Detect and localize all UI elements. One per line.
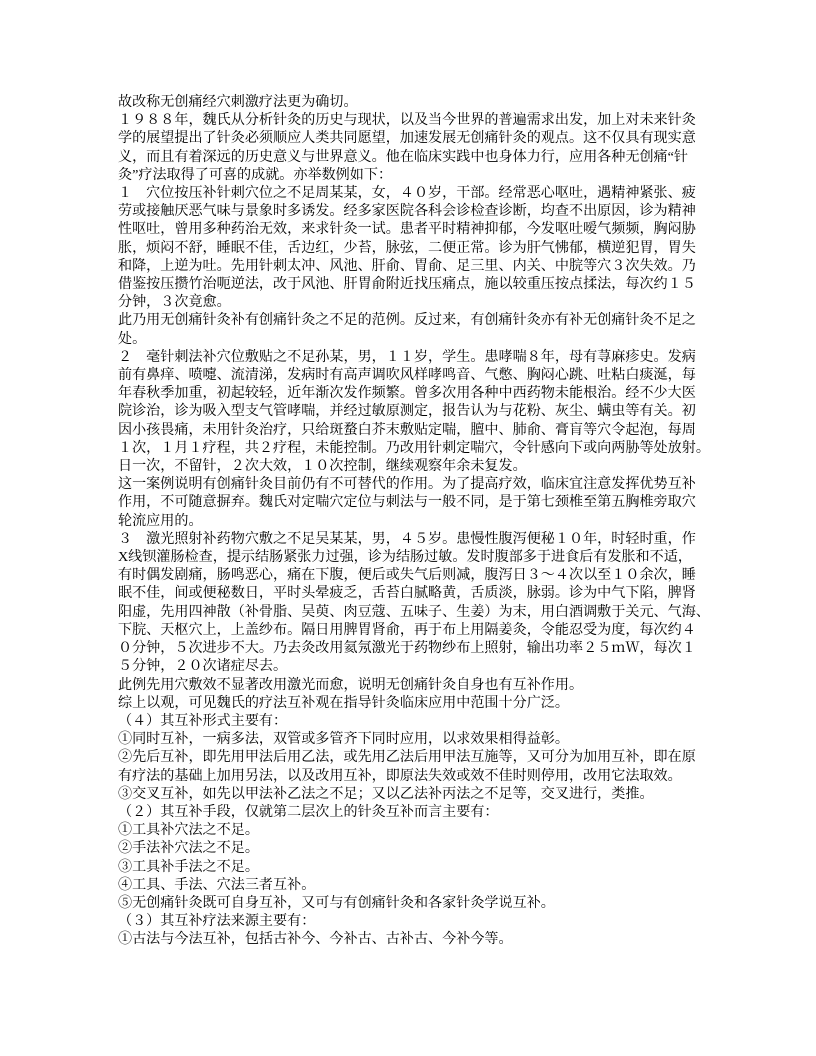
text-line: ②先后互补，即先用甲法后用乙法，或先用乙法后用甲法互施等，又可分为加用互补，即在… xyxy=(118,748,718,766)
text-line: 义，而且有着深远的历史意义与世界意义。他在临床实践中也身体力行，应用各种无创痛“… xyxy=(118,148,718,166)
text-line: 前有鼻痒、喷嚏、流清涕，发病时有高声调吹风样哮鸣音、气憋、胸闷心跳、吐粘白痰涎，… xyxy=(118,366,718,384)
text-line: ④工具、手法、穴法三者互补。 xyxy=(118,876,718,894)
document-text-block: 故改称无创痛经穴刺激疗法更为确切。 １９８８年，魏氏从分析针灸的历史与现状，以及… xyxy=(118,93,718,949)
text-line: ①工具补穴法之不足。 xyxy=(118,821,718,839)
text-line: 此乃用无创痛针灸补有创痛针灸之不足的范例。反过来，有创痛针灸亦有补无创痛针灸不足… xyxy=(118,311,718,329)
text-line: 学的展望提出了针灸必须顺应人类共同愿望，加速发展无创痛针灸的观点。这不仅具有现实… xyxy=(118,129,718,147)
text-line: 借鉴按压攒竹治呃逆法，改于风池、肝胃俞附近找压痛点，施以较重压按点揉法，每次约１… xyxy=(118,275,718,293)
text-line: 因小孩畏痛，未用针灸治疗，只给斑蝥白芥末敷贴定喘，膻中、肺俞、膏肓等穴令起泡，每… xyxy=(118,421,718,439)
text-line: 劳或接触厌恶气味与景象时多诱发。经多家医院各科会诊检查诊断，均查不出原因，诊为精… xyxy=(118,202,718,220)
text-line: １９８８年，魏氏从分析针灸的历史与现状，以及当今世界的普遍需求出发，加上对未来针… xyxy=(118,111,718,129)
text-line: 灸”疗法取得了可喜的成就。亦举数例如下： xyxy=(118,166,718,184)
text-line: ０分钟，５次进步不大。乃去灸改用氦氖激光于药物纱布上照射，输出功率２５ｍＷ，每次… xyxy=(118,639,718,657)
text-line: ⑤无创痛针灸既可自身互补，又可与有创痛针灸和各家针灸学说互补。 xyxy=(118,894,718,912)
text-line: 分钟，３次竟愈。 xyxy=(118,293,718,311)
text-line: 阳虚，先用四神散（补骨脂、吴萸、肉豆蔻、五味子、生姜）为末，用白酒调敷于关元、气… xyxy=(118,603,718,621)
text-line: ②手法补穴法之不足。 xyxy=(118,839,718,857)
text-line: 有疗法的基础上加用另法，以及改用互补，即原法失效或效不佳时则停用，改用它法取效。 xyxy=(118,767,718,785)
text-line: 处。 xyxy=(118,330,718,348)
text-line: 性呕吐，曾用多种药治无效，来求针灸一试。患者平时精神抑郁，今发呕吐嗳气频频，胸闷… xyxy=(118,220,718,238)
text-line: 综上以观，可见魏氏的疗法互补观在指导针灸临床应用中范围十分广泛。 xyxy=(118,694,718,712)
text-line: ③交叉互补，如先以甲法补乙法之不足；又以乙法补丙法之不足等，交叉进行，类推。 xyxy=(118,785,718,803)
text-line: （３）其互补疗法来源主要有： xyxy=(118,912,718,930)
text-line: １ 穴位按压补针刺穴位之不足周某某，女，４０岁，干部。经常恶心呕吐，遇精神紧张、… xyxy=(118,184,718,202)
text-line: １次，１月１疗程，共２疗程，未能控制。乃改用针刺定喘穴，令针感向下或向两胁等处放… xyxy=(118,439,718,457)
text-line: 此例先用穴敷效不显著改用激光而愈，说明无创痛针灸自身也有互补作用。 xyxy=(118,676,718,694)
text-line: 故改称无创痛经穴刺激疗法更为确切。 xyxy=(118,93,718,111)
text-line: 院诊治，诊为吸入型支气管哮喘，并经过敏原测定，报告认为与花粉、灰尘、螨虫等有关。… xyxy=(118,402,718,420)
text-line: （２）其互补手段，仅就第二层次上的针灸互补而言主要有： xyxy=(118,803,718,821)
text-line: 眠不佳，间或便秘数日，平时头晕疲乏，舌苔白腻略黄，舌质淡，脉弱。诊为中气下陷，脾… xyxy=(118,584,718,602)
text-line: ５分钟，２０次诸症尽去。 xyxy=(118,657,718,675)
text-line: ③工具补手法之不足。 xyxy=(118,858,718,876)
text-line: ２ 毫针刺法补穴位敷贴之不足孙某，男，１１岁，学生。患哮喘８年，母有荨麻疹史。发… xyxy=(118,348,718,366)
text-line: ①同时互补，一病多法，双管或多管齐下同时应用，以求效果相得益彰。 xyxy=(118,730,718,748)
text-line: （４）其互补形式主要有： xyxy=(118,712,718,730)
document-page: 故改称无创痛经穴刺激疗法更为确切。 １９８８年，魏氏从分析针灸的历史与现状，以及… xyxy=(0,0,816,1056)
text-line: 有时偶发剧痛，肠鸣恶心，痛在下腹，便后或失气后则减，腹泻日３～４次以至１０余次，… xyxy=(118,566,718,584)
text-line: ①古法与今法互补，包括古补今、今补古、古补古、今补今等。 xyxy=(118,930,718,948)
text-line: 轮流应用的。 xyxy=(118,512,718,530)
text-line: 年春秋季加重，初起较轻，近年渐次发作频繁。曾多次用各种中西药物未能根治。经不少大… xyxy=(118,384,718,402)
text-line: 日一次，不留针，２次大效，１０次控制，继续观察年余未复发。 xyxy=(118,457,718,475)
text-line: 胀，烦闷不舒，睡眠不佳，舌边红，少苔，脉弦，二便正常。诊为肝气怫郁，横逆犯胃，胃… xyxy=(118,239,718,257)
text-line: 下脘、天枢穴上，上盖纱布。隔日用脾胃肾俞，再于布上用隔姜灸，令能忍受为度，每次约… xyxy=(118,621,718,639)
text-line: 和降，上逆为吐。先用针刺太冲、风池、肝俞、胃俞、足三里、内关、中脘等穴３次失效。… xyxy=(118,257,718,275)
text-line: ３ 激光照射补药物穴敷之不足吴某某，男，４５岁。患慢性腹泻便秘１０年，时轻时重，… xyxy=(118,530,718,548)
text-line: X线钡灌肠检查，提示结肠紧张力过强，诊为结肠过敏。发时腹部多于进食后有发胀和不适… xyxy=(118,548,718,566)
text-line: 这一案例说明有创痛针灸目前仍有不可替代的作用。为了提高疗效，临床宜注意发挥优势互… xyxy=(118,475,718,493)
text-line: 作用，不可随意摒弃。魏氏对定喘穴定位与刺法与一般不同，是于第七颈椎至第五胸椎旁取… xyxy=(118,493,718,511)
